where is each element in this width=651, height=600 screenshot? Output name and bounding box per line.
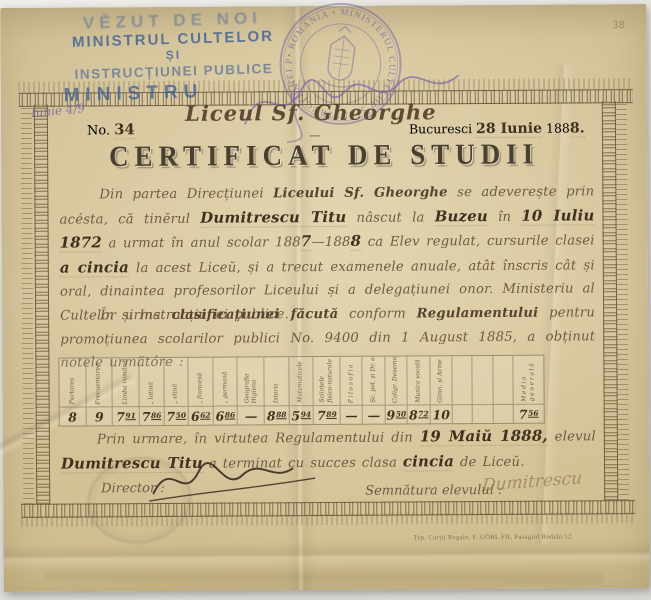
text-segment: 8. [570, 120, 585, 137]
table-column-10: Șciințelefisico-naturale789 [314, 357, 341, 424]
subject-label: Istoria [273, 383, 279, 403]
table-column-1: Frecuentarea9 [86, 358, 113, 425]
subject-header-12: Șc. pol. și Dr. adm. [363, 357, 385, 406]
subject-label: „ latină [148, 382, 154, 404]
subject-label: Higiena [251, 380, 257, 404]
grade-cell-14: 872 [408, 405, 430, 423]
grade-cell-18 [493, 405, 512, 423]
subject-header-10: Șciințelefisico-naturale [314, 357, 340, 406]
text-segment: 7 [301, 232, 312, 251]
text-segment: Bucuresci [409, 121, 476, 136]
subject-header-0: Purtarea [59, 358, 85, 407]
text-segment: 28 Iunie [476, 121, 542, 138]
text-segment: nâscut la [346, 210, 434, 226]
subject-label: Caligr. Desemn [393, 357, 400, 403]
text-segment: elevul [548, 429, 596, 444]
subject-label: Purtarea [69, 378, 75, 405]
subject-label: Musica vocală [415, 359, 422, 402]
subject-label: Filosofia [348, 362, 355, 402]
paper-wrinkle-bottom [3, 540, 649, 570]
subject-label: Șciințele [320, 376, 326, 403]
grade-cell-7: — [238, 406, 264, 424]
subject-header-14: Musica vocală [408, 356, 430, 405]
grade-cell-8: 888 [265, 406, 289, 424]
table-column-11: Filosofia— [340, 357, 363, 424]
paper-wrinkle-bottom2 [44, 567, 604, 587]
table-column-16 [453, 356, 474, 423]
text-segment: 19 Maiŭ 1888, [420, 427, 548, 447]
table-column-8: Istoria888 [265, 357, 290, 424]
subject-header-9: Matematicele [289, 357, 313, 406]
table-column-13: Caligr. Desemn950 [385, 356, 408, 423]
grade-cell-6: 686 [214, 407, 238, 425]
text-segment: Liceului Sf. Gheorghe [273, 185, 448, 201]
table-column-3: „ latină786 [140, 358, 165, 425]
printer-imprint: Typ. Curții Regale, F. GÖBL FII, Pasagiu… [373, 533, 613, 541]
subject-header-7: GeografiaHigiena [238, 357, 264, 406]
table-column-7: GeografiaHigiena— [238, 357, 265, 424]
grade-cell-9: 594 [289, 406, 313, 424]
certificate-paper: VĔZUT DE NOI MINISTRUL CULTELOR ȘI INSTR… [0, 4, 650, 592]
grade-cell-1: 9 [86, 407, 112, 425]
subject-label: generală [529, 362, 536, 402]
text-segment: Buzeu [435, 207, 488, 226]
text-segment: Regulamentului [417, 306, 539, 322]
grade-cell-13: 950 [386, 406, 408, 424]
table-column-0: Purtarea8 [59, 358, 86, 425]
subject-label: Media [522, 375, 528, 402]
grade-cell-16 [453, 405, 472, 423]
text-segment: No. [87, 123, 114, 138]
grade-cell-17 [473, 405, 492, 423]
subject-header-11: Filosofia [340, 357, 362, 406]
table-column-12: Șc. pol. și Dr. adm.— [363, 357, 386, 424]
text-segment: ca Elev regulat, cursurile clasei [361, 233, 595, 249]
grade-cell-4: 750 [164, 407, 188, 425]
subject-header-16 [453, 356, 473, 405]
text-segment: 188 [542, 121, 570, 136]
pencil-mark: 38 [612, 20, 625, 31]
grades-table: Purtarea8Frecuentarea9Limba română791„ l… [58, 355, 544, 427]
grade-cell-2: 791 [113, 407, 139, 425]
table-column-18 [493, 356, 514, 423]
subject-header-2: Limba română [113, 358, 139, 407]
margin-date-note: Iunie 4/9 [30, 101, 85, 120]
table-column-5: „ francesă662 [189, 358, 214, 425]
grade-cell-11: — [341, 406, 363, 424]
text-segment: Prin urmare, în virtutea Regulamentului … [97, 430, 420, 447]
subject-label: „ germană [222, 372, 228, 404]
table-column-4: „ elină750 [164, 358, 189, 425]
text-segment: 8 [351, 232, 362, 251]
table-column-17 [473, 356, 494, 423]
text-segment: clasificațiunei făcută [172, 307, 339, 323]
table-column-15: Gimn. și Arme10 [430, 356, 453, 423]
text-segment: în [488, 209, 521, 224]
text-segment: de Liceŭ. [454, 454, 525, 469]
subject-label: fisico-naturale [327, 359, 334, 403]
grade-cell-0: 8 [60, 407, 86, 425]
grade-cell-3: 786 [140, 407, 164, 425]
subject-label: „ elină [173, 384, 179, 404]
text-segment: În urma [100, 308, 172, 323]
text-segment: a cincia [60, 258, 129, 277]
text-segment: Dumitrescu Titu [200, 207, 346, 227]
subject-label: Geografia [244, 374, 250, 404]
certificate-number: No. 34 [87, 121, 135, 138]
text-segment: —188 [311, 235, 350, 250]
text-segment: Din partea Direcțiunei [99, 186, 273, 202]
table-column-14: Musica vocală872 [408, 356, 431, 423]
table-column-19: Mediagenerală756 [513, 356, 543, 423]
subject-label: „ francesă [197, 373, 203, 404]
table-column-6: „ germană686 [213, 358, 238, 425]
grade-cell-10: 789 [314, 406, 340, 424]
issue-place-date: Bucuresci 28 Iunie 1888. [409, 120, 634, 137]
text-segment: cincia [403, 452, 454, 471]
subject-header-3: „ latină [140, 358, 164, 407]
certificate-title: CERTIFICAT DE STUDII [1, 137, 647, 174]
subject-header-18 [493, 356, 513, 405]
text-segment: 34 [114, 121, 135, 139]
text-segment: a urmat în anul scolar 188 [102, 235, 301, 251]
subject-header-13: Caligr. Desemn [385, 357, 407, 406]
text-segment: conform [338, 306, 416, 321]
subject-header-17 [473, 356, 493, 405]
subject-label: Matematicele [298, 361, 305, 403]
subject-label: Șc. pol. și Dr. adm. [370, 357, 377, 403]
subject-header-6: „ germană [213, 358, 237, 407]
table-column-9: Matematicele594 [289, 357, 314, 424]
subject-header-19: Mediagenerală [513, 356, 543, 405]
grade-cell-5: 662 [189, 407, 213, 425]
table-column-2: Limba română791 [113, 358, 140, 425]
subject-label: Gimn. și Arme [438, 359, 445, 402]
grade-cell-12: — [363, 406, 385, 424]
subject-header-4: „ elină [164, 358, 188, 407]
subject-header-5: „ francesă [189, 358, 213, 407]
subject-label: Limba română [123, 360, 130, 404]
subject-header-1: Frecuentarea [86, 358, 112, 407]
subject-label: Frecuentarea [96, 363, 103, 404]
subject-header-15: Gimn. și Arme [430, 356, 452, 405]
grade-cell-19: 756 [514, 405, 544, 423]
grade-cell-15: 10 [430, 405, 452, 423]
subject-header-8: Istoria [265, 357, 289, 406]
